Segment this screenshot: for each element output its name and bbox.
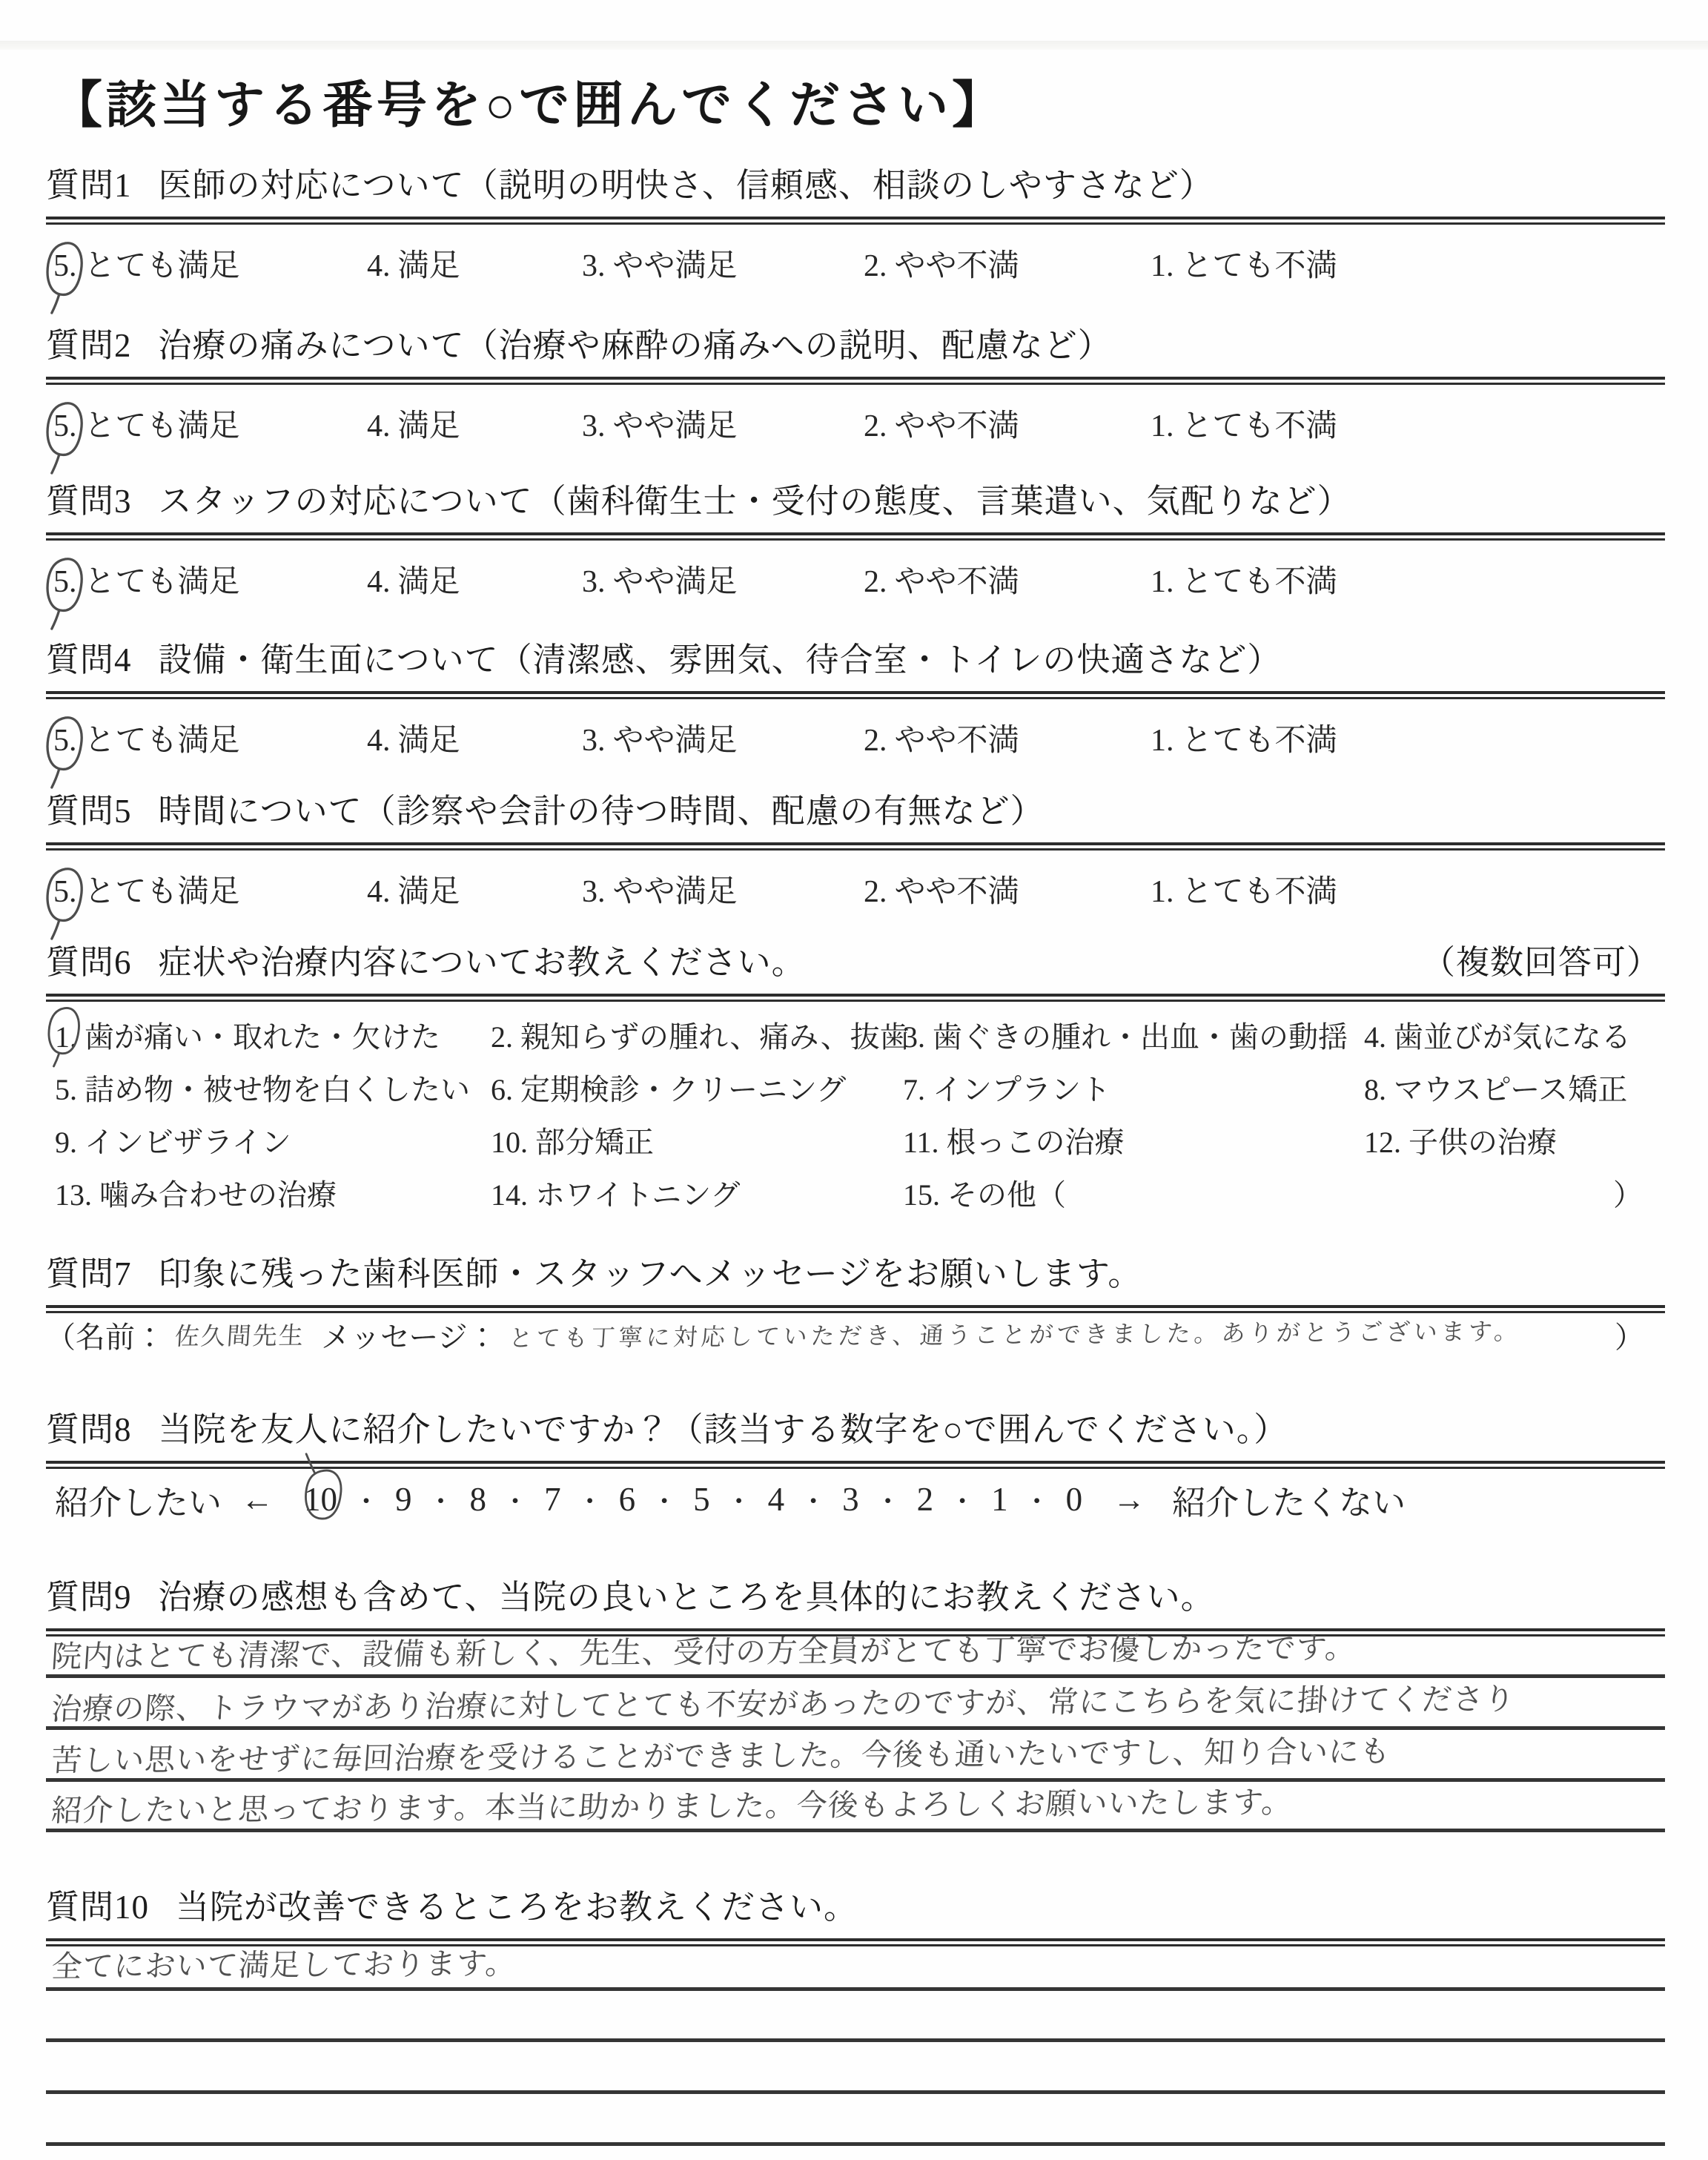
question-6-heading: 質問6症状や治療内容についてお教えください。 （複数回答可）: [46, 942, 1665, 983]
rating-option-3: 3.やや満足: [582, 241, 738, 285]
question-label: 質問10: [46, 1889, 149, 1926]
rating-options: 5.とても満足 4.満足 3.やや満足 2.やや不満 1.とても不満: [46, 551, 1665, 600]
question-text: 時間について（診察や会計の待つ時間、配慮の有無など）: [159, 793, 1045, 830]
question-4: 質問4設備・衛生面について（清潔感、雰囲気、待合室・トイレの快適さなど） 5.と…: [46, 639, 1665, 759]
rating-option-1: 1.とても不満: [1151, 241, 1337, 285]
symptom-option-15: 15.その他（: [903, 1169, 1364, 1221]
question-10: 質問10当院が改善できるところをお教えください。 全てにおいて満足しております。: [46, 1886, 1665, 2146]
question-label: 質問5: [46, 793, 132, 830]
question-text: 医師の対応について（説明の明快さ、信頼感、相談のしやすさなど）: [159, 167, 1214, 204]
rating-options: 5.とても満足 4.満足 3.やや満足 2.やや不満 1.とても不満: [46, 395, 1665, 444]
scale-value-4: 4: [768, 1480, 785, 1519]
rating-option-4: 4.満足: [367, 241, 460, 285]
page-title: 【該当する番号を○で囲んでください】: [52, 65, 1006, 137]
handwritten-text: 苦しい思いをせずに毎回治療を受けることができました。今後も通いたいですし、知り合…: [50, 1727, 1393, 1780]
message-answer-row: （名前： 佐久間先生 メッセージ： とても丁寧に対応していただき、通うことができ…: [46, 1313, 1665, 1356]
scale-value-10: 10: [304, 1480, 337, 1519]
handwritten-text: 紹介したいと思っております。本当に助かりました。今後もよろしくお願いいたします。: [50, 1777, 1294, 1830]
symptom-option-8: 8.マウスピース矯正: [1364, 1063, 1665, 1116]
scale-separator: ・: [949, 1481, 976, 1519]
scan-artifact: [0, 41, 1708, 50]
survey-page: 【該当する番号を○で囲んでください】 質問1医師の対応について（説明の明快さ、信…: [0, 0, 1708, 2160]
rating-option-2: 2.やや不満: [864, 716, 1019, 760]
free-text-answer: 院内はとても清潔で、設備も新しく、先生、受付の方全員がとても丁寧でお優しかったで…: [46, 1636, 1665, 1832]
scale-value-0: 0: [1066, 1480, 1083, 1519]
divider: [46, 691, 1665, 699]
scale-value-7: 7: [544, 1480, 561, 1519]
rating-option-5: 5.とても満足: [53, 241, 240, 285]
question-2: 質問2治療の痛みについて（治療や麻酔の痛みへの説明、配慮など） 5.とても満足 …: [46, 325, 1665, 444]
question-label: 質問3: [46, 483, 132, 520]
divider: [46, 532, 1665, 541]
question-5-heading: 質問5時間について（診察や会計の待つ時間、配慮の有無など）: [46, 790, 1665, 832]
question-8: 質問8当院を友人に紹介したいですか？（該当する数字を○で囲んでください。） 紹介…: [46, 1409, 1665, 1522]
divider: [46, 1305, 1665, 1313]
scale-right-label: 紹介したくない: [1172, 1476, 1406, 1524]
answer-line: 紹介したいと思っております。本当に助かりました。今後もよろしくお願いいたします。: [46, 1782, 1665, 1832]
question-label: 質問2: [46, 327, 132, 364]
question-10-heading: 質問10当院が改善できるところをお教えください。: [46, 1886, 1665, 1928]
rating-option-4: 4.満足: [367, 401, 460, 446]
answer-line: [46, 1991, 1665, 2042]
symptom-option-6: 6.定期検診・クリーニング: [491, 1063, 903, 1116]
rating-option-1: 1.とても不満: [1151, 867, 1337, 911]
divider: [46, 994, 1665, 1002]
symptom-option-2: 2.親知らずの腫れ、痛み、抜歯: [491, 1011, 903, 1063]
scale-value-3: 3: [842, 1480, 859, 1519]
scale-value-5: 5: [693, 1480, 710, 1519]
rating-option-5: 5.とても満足: [53, 401, 240, 446]
question-text: 設備・衛生面について（清潔感、雰囲気、待合室・トイレの快適さなど）: [159, 641, 1282, 678]
rating-option-4: 4.満足: [367, 716, 460, 760]
scale-separator: ・: [428, 1481, 454, 1519]
name-field-label: （名前：: [46, 1314, 165, 1356]
scale-separator: ・: [875, 1481, 901, 1519]
scale-separator: ・: [1024, 1481, 1050, 1519]
question-7-heading: 質問7印象に残った歯科医師・スタッフへメッセージをお願いします。: [46, 1253, 1665, 1295]
scale-separator: ・: [577, 1481, 603, 1519]
rating-option-1: 1.とても不満: [1151, 716, 1337, 760]
rating-option-2: 2.やや不満: [864, 557, 1019, 601]
question-text: 当院が改善できるところをお教えください。: [176, 1889, 858, 1926]
question-1: 質問1医師の対応について（説明の明快さ、信頼感、相談のしやすさなど） 5.とても…: [46, 165, 1665, 284]
question-6: 質問6症状や治療内容についてお教えください。 （複数回答可） 1.歯が痛い・取れ…: [46, 942, 1665, 1221]
rating-option-3: 3.やや満足: [582, 867, 738, 911]
question-3-heading: 質問3スタッフの対応について（歯科衛生士・受付の態度、言葉遣い、気配りなど）: [46, 480, 1665, 522]
answer-line: 苦しい思いをせずに毎回治療を受けることができました。今後も通いたいですし、知り合…: [46, 1730, 1665, 1782]
scale-separator: ・: [353, 1481, 380, 1519]
question-label: 質問6: [46, 944, 132, 981]
question-text: 症状や治療内容についてお教えください。: [159, 944, 806, 981]
question-text: スタッフの対応について（歯科衛生士・受付の態度、言葉遣い、気配りなど）: [159, 483, 1351, 520]
symptom-options: 1.歯が痛い・取れた・欠けた 2.親知らずの腫れ、痛み、抜歯 3.歯ぐきの腫れ・…: [46, 1011, 1665, 1221]
rating-option-5: 5.とても満足: [53, 867, 240, 911]
divider: [46, 842, 1665, 851]
scale-left-label: 紹介したい: [55, 1476, 222, 1524]
answer-line: [46, 2042, 1665, 2094]
answer-line: 全てにおいて満足しております。: [46, 1946, 1665, 1991]
rating-option-3: 3.やや満足: [582, 557, 738, 601]
nps-scale-row: 紹介したい ← 10 ・ 9 ・ 8 ・ 7 ・ 6 ・ 5 ・ 4 ・ 3 ・…: [46, 1476, 1665, 1522]
rating-option-3: 3.やや満足: [582, 401, 738, 446]
scale-value-6: 6: [619, 1480, 636, 1519]
divider: [46, 377, 1665, 385]
handwritten-text: 全てにおいて満足しております。: [50, 1939, 518, 1986]
symptom-option-1: 1.歯が痛い・取れた・欠けた: [55, 1011, 491, 1063]
question-9: 質問9治療の感想も含めて、当院の良いところを具体的にお教えください。 院内はとて…: [46, 1576, 1665, 1832]
question-label: 質問7: [46, 1255, 132, 1292]
question-text: 治療の感想も含めて、当院の良いところを具体的にお教えください。: [159, 1579, 1215, 1616]
handwritten-message: とても丁寧に対応していただき、通うことができました。ありがとうございます。: [508, 1312, 1523, 1354]
symptom-option-14: 14.ホワイトニング: [491, 1169, 903, 1221]
question-text: 当院を友人に紹介したいですか？（該当する数字を○で囲んでください。）: [159, 1411, 1288, 1448]
symptom-option-11: 11.根っこの治療: [903, 1116, 1364, 1169]
symptom-option-3: 3.歯ぐきの腫れ・出血・歯の動揺: [903, 1011, 1364, 1063]
rating-option-2: 2.やや不満: [864, 867, 1019, 911]
question-4-heading: 質問4設備・衛生面について（清潔感、雰囲気、待合室・トイレの快適さなど）: [46, 639, 1665, 681]
scale-separator: ・: [502, 1481, 529, 1519]
handwritten-name: 佐久間先生: [173, 1316, 305, 1352]
divider: [46, 1461, 1665, 1469]
symptom-option-10: 10.部分矯正: [491, 1116, 903, 1169]
scale-value-8: 8: [470, 1480, 487, 1519]
rating-options: 5.とても満足 4.満足 3.やや満足 2.やや不満 1.とても不満: [46, 710, 1665, 759]
free-text-answer: 全てにおいて満足しております。: [46, 1946, 1665, 2146]
rating-option-5: 5.とても満足: [53, 716, 240, 760]
question-2-heading: 質問2治療の痛みについて（治療や麻酔の痛みへの説明、配慮など）: [46, 325, 1665, 366]
other-close-paren: ）: [1364, 1169, 1665, 1221]
symptom-option-12: 12.子供の治療: [1364, 1116, 1665, 1169]
rating-option-2: 2.やや不満: [864, 241, 1019, 285]
scale-value-2: 2: [917, 1480, 934, 1519]
scale-value-1: 1: [991, 1480, 1008, 1519]
left-arrow-icon: ←: [241, 1481, 274, 1519]
rating-option-4: 4.満足: [367, 867, 460, 911]
question-label: 質問8: [46, 1411, 132, 1448]
question-1-heading: 質問1医師の対応について（説明の明快さ、信頼感、相談のしやすさなど）: [46, 165, 1665, 206]
scale-separator: ・: [651, 1481, 678, 1519]
question-7: 質問7印象に残った歯科医師・スタッフへメッセージをお願いします。 （名前： 佐久…: [46, 1253, 1665, 1356]
answer-line: [46, 2094, 1665, 2146]
answer-line: 治療の際、トラウマがあり治療に対してとても不安があったのですが、常にこちらを気に…: [46, 1678, 1665, 1730]
question-5: 質問5時間について（診察や会計の待つ時間、配慮の有無など） 5.とても満足 4.…: [46, 790, 1665, 910]
scale-separator: ・: [726, 1481, 752, 1519]
multiple-answers-note: （複数回答可）: [1422, 942, 1661, 983]
question-label: 質問4: [46, 641, 132, 678]
rating-option-4: 4.満足: [367, 557, 460, 601]
question-text: 印象に残った歯科医師・スタッフへメッセージをお願いします。: [159, 1255, 1142, 1292]
scale-value-9: 9: [395, 1480, 412, 1519]
symptom-option-4: 4.歯並びが気になる: [1364, 1011, 1665, 1063]
question-label: 質問9: [46, 1579, 132, 1616]
question-label: 質問1: [46, 167, 132, 204]
rating-option-3: 3.やや満足: [582, 716, 738, 760]
question-9-heading: 質問9治療の感想も含めて、当院の良いところを具体的にお教えください。: [46, 1576, 1665, 1618]
question-text: 治療の痛みについて（治療や麻酔の痛みへの説明、配慮など）: [159, 327, 1112, 364]
message-field-label: メッセージ：: [321, 1314, 497, 1356]
symptom-option-13: 13.噛み合わせの治療: [55, 1169, 491, 1221]
rating-option-5: 5.とても満足: [53, 557, 240, 601]
right-arrow-icon: →: [1113, 1481, 1145, 1519]
answer-line: 院内はとても清潔で、設備も新しく、先生、受付の方全員がとても丁寧でお優しかったで…: [46, 1636, 1665, 1678]
symptom-option-7: 7.インプラント: [903, 1063, 1364, 1116]
symptom-option-9: 9.インビザライン: [55, 1116, 491, 1169]
handwritten-text: 治療の際、トラウマがあり治療に対してとても不安があったのですが、常にこちらを気に…: [50, 1674, 1517, 1728]
handwritten-text: 院内はとても清潔で、設備も新しく、先生、受付の方全員がとても丁寧でお優しかったで…: [50, 1623, 1358, 1676]
question-8-heading: 質問8当院を友人に紹介したいですか？（該当する数字を○で囲んでください。）: [46, 1409, 1665, 1450]
close-paren: ）: [1615, 1314, 1665, 1356]
rating-option-1: 1.とても不満: [1151, 401, 1337, 446]
rating-options: 5.とても満足 4.満足 3.やや満足 2.やや不満 1.とても不満: [46, 861, 1665, 910]
question-3: 質問3スタッフの対応について（歯科衛生士・受付の態度、言葉遣い、気配りなど） 5…: [46, 480, 1665, 600]
divider: [46, 217, 1665, 225]
rating-options: 5.とても満足 4.満足 3.やや満足 2.やや不満 1.とても不満: [46, 235, 1665, 284]
rating-option-2: 2.やや不満: [864, 401, 1019, 446]
scale-separator: ・: [800, 1481, 827, 1519]
symptom-option-5: 5.詰め物・被せ物を白くしたい: [55, 1063, 491, 1116]
rating-option-1: 1.とても不満: [1151, 557, 1337, 601]
